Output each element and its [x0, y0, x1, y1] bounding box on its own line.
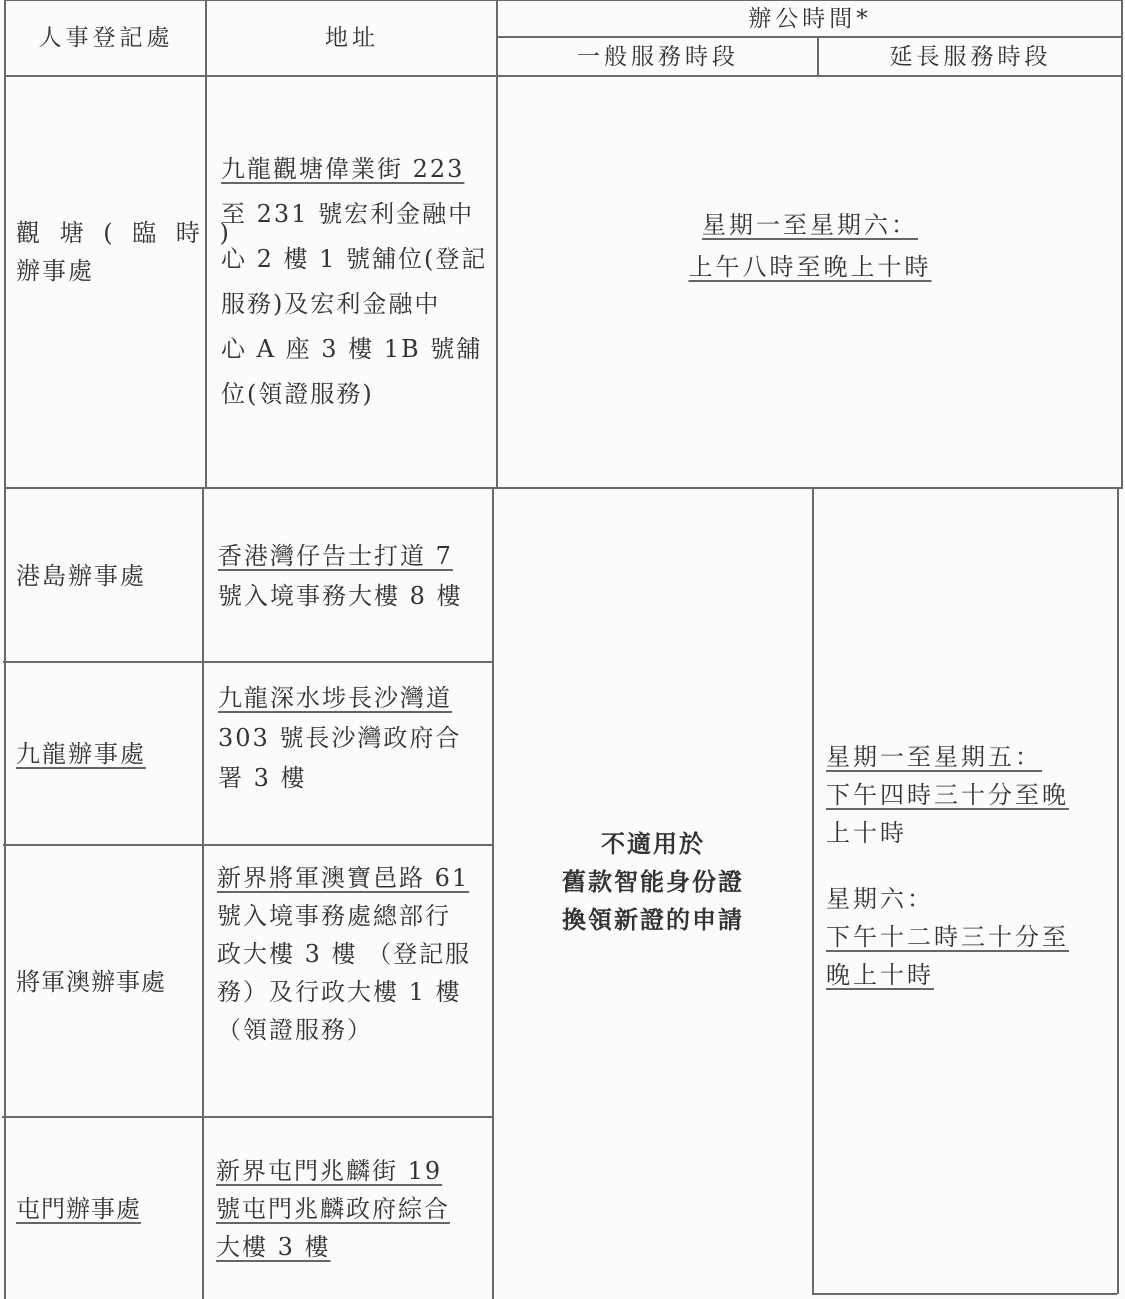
address-line: 九龍觀塘偉業街 223 [221, 147, 496, 192]
address-line: 號入境事務大樓 8 樓 [218, 576, 492, 616]
hours-line: 上午八時至晚上十時 [689, 246, 932, 288]
extended-hours: 星期一至星期五： 下午四時三十分至晚 上十時 星期六： 下午十二時三十分至 晚上… [826, 463, 1116, 1268]
office-kwun-tong: 觀 塘 ( 臨 時 ) 辦事處 [16, 46, 204, 458]
office-name: 九龍辦事處 [16, 735, 146, 773]
office-name-line: 辦事處 [16, 252, 204, 290]
address-line: 位(領證服務) [221, 372, 496, 417]
office-tuen-mun: 屯門辦事處 [16, 1118, 202, 1299]
header-address-label: 地址 [325, 19, 379, 57]
address-tuen-mun: 新界屯門兆麟街 19 號屯門兆麟政府綜合 大樓 3 樓 [202, 1118, 492, 1299]
col-line-right-bottom [1117, 488, 1119, 1294]
office-name: 將軍澳辦事處 [16, 963, 202, 1001]
address-line: （領證服務） [217, 1011, 492, 1049]
address-line: 大樓 3 樓 [216, 1228, 331, 1266]
address-hong-kong-island: 香港灣仔告士打道 7 號入境事務大樓 8 樓 [204, 489, 492, 662]
office-hong-kong-island: 港島辦事處 [16, 489, 202, 662]
office-name-line: 觀 塘 ( 臨 時 ) [16, 214, 204, 252]
office-name: 屯門辦事處 [16, 1190, 141, 1228]
extended-weekday-line: 下午四時三十分至晚 [826, 776, 1069, 814]
office-tseung-kwan-o: 將軍澳辦事處 [16, 846, 202, 1117]
extended-weekday-label: 星期一至星期五： [826, 738, 1042, 776]
extended-saturday-label: 星期六： [826, 880, 1116, 918]
address-kwun-tong: 九龍觀塘偉業街 223 至 231 號宏利金融中 心 2 樓 1 號舖位(登記 … [207, 76, 496, 488]
table-border-bottom [812, 1293, 1117, 1295]
extended-saturday-line: 晚上十時 [826, 956, 934, 994]
not-applicable-line: 不適用於 [601, 825, 705, 863]
col-line-left [4, 0, 6, 1299]
address-line: 香港灣仔告士打道 7 [218, 536, 492, 576]
address-line: 署 3 樓 [218, 758, 492, 798]
address-line: 新界屯門兆麟街 19 [216, 1152, 492, 1190]
spacer [826, 852, 1116, 880]
extended-weekday-line: 上十時 [826, 814, 1116, 852]
hours-line: 星期一至星期六： [702, 204, 918, 246]
hours-kwun-tong: 星期一至星期六： 上午八時至晚上十時 [498, 40, 1122, 452]
address-line: 心 2 樓 1 號舖位(登記 [221, 237, 496, 282]
extended-saturday-line: 下午十二時三十分至 [826, 918, 1069, 956]
address-line: 號屯門兆麟政府綜合 [216, 1190, 492, 1228]
not-applicable-line: 舊款智能身份證 [562, 863, 744, 901]
office-name: 港島辦事處 [16, 557, 202, 595]
address-line: 服務)及宏利金融中 [221, 282, 496, 327]
address-line: 九龍深水埗長沙灣道 [218, 678, 492, 718]
office-kowloon: 九龍辦事處 [16, 663, 202, 845]
address-line: 政大樓 3 樓 （登記服 [217, 935, 492, 973]
col-line-hours-split [812, 488, 814, 1294]
address-kowloon: 九龍深水埗長沙灣道 303 號長沙灣政府合 署 3 樓 [204, 647, 492, 829]
not-applicable-line: 換領新證的申請 [562, 901, 744, 939]
address-line: 心 A 座 3 樓 1B 號舖 [221, 327, 496, 372]
normal-hours-not-applicable: 不適用於 舊款智能身份證 換領新證的申請 [494, 479, 812, 1284]
address-line: 至 231 號宏利金融中 [221, 192, 496, 237]
address-tseung-kwan-o: 新界將軍澳寶邑路 61 號入境事務處總部行 政大樓 3 樓 （登記服 務）及行政… [203, 818, 492, 1089]
address-line: 303 號長沙灣政府合 [218, 718, 492, 758]
address-line: 務）及行政大樓 1 樓 [217, 973, 492, 1011]
header-hours: 辦公時間* [498, 0, 1122, 37]
header-hours-label: 辦公時間* [748, 4, 872, 34]
address-line: 新界將軍澳寶邑路 61 [217, 859, 492, 897]
address-line: 號入境事務處總部行 [217, 897, 492, 935]
header-address: 地址 [207, 0, 497, 76]
